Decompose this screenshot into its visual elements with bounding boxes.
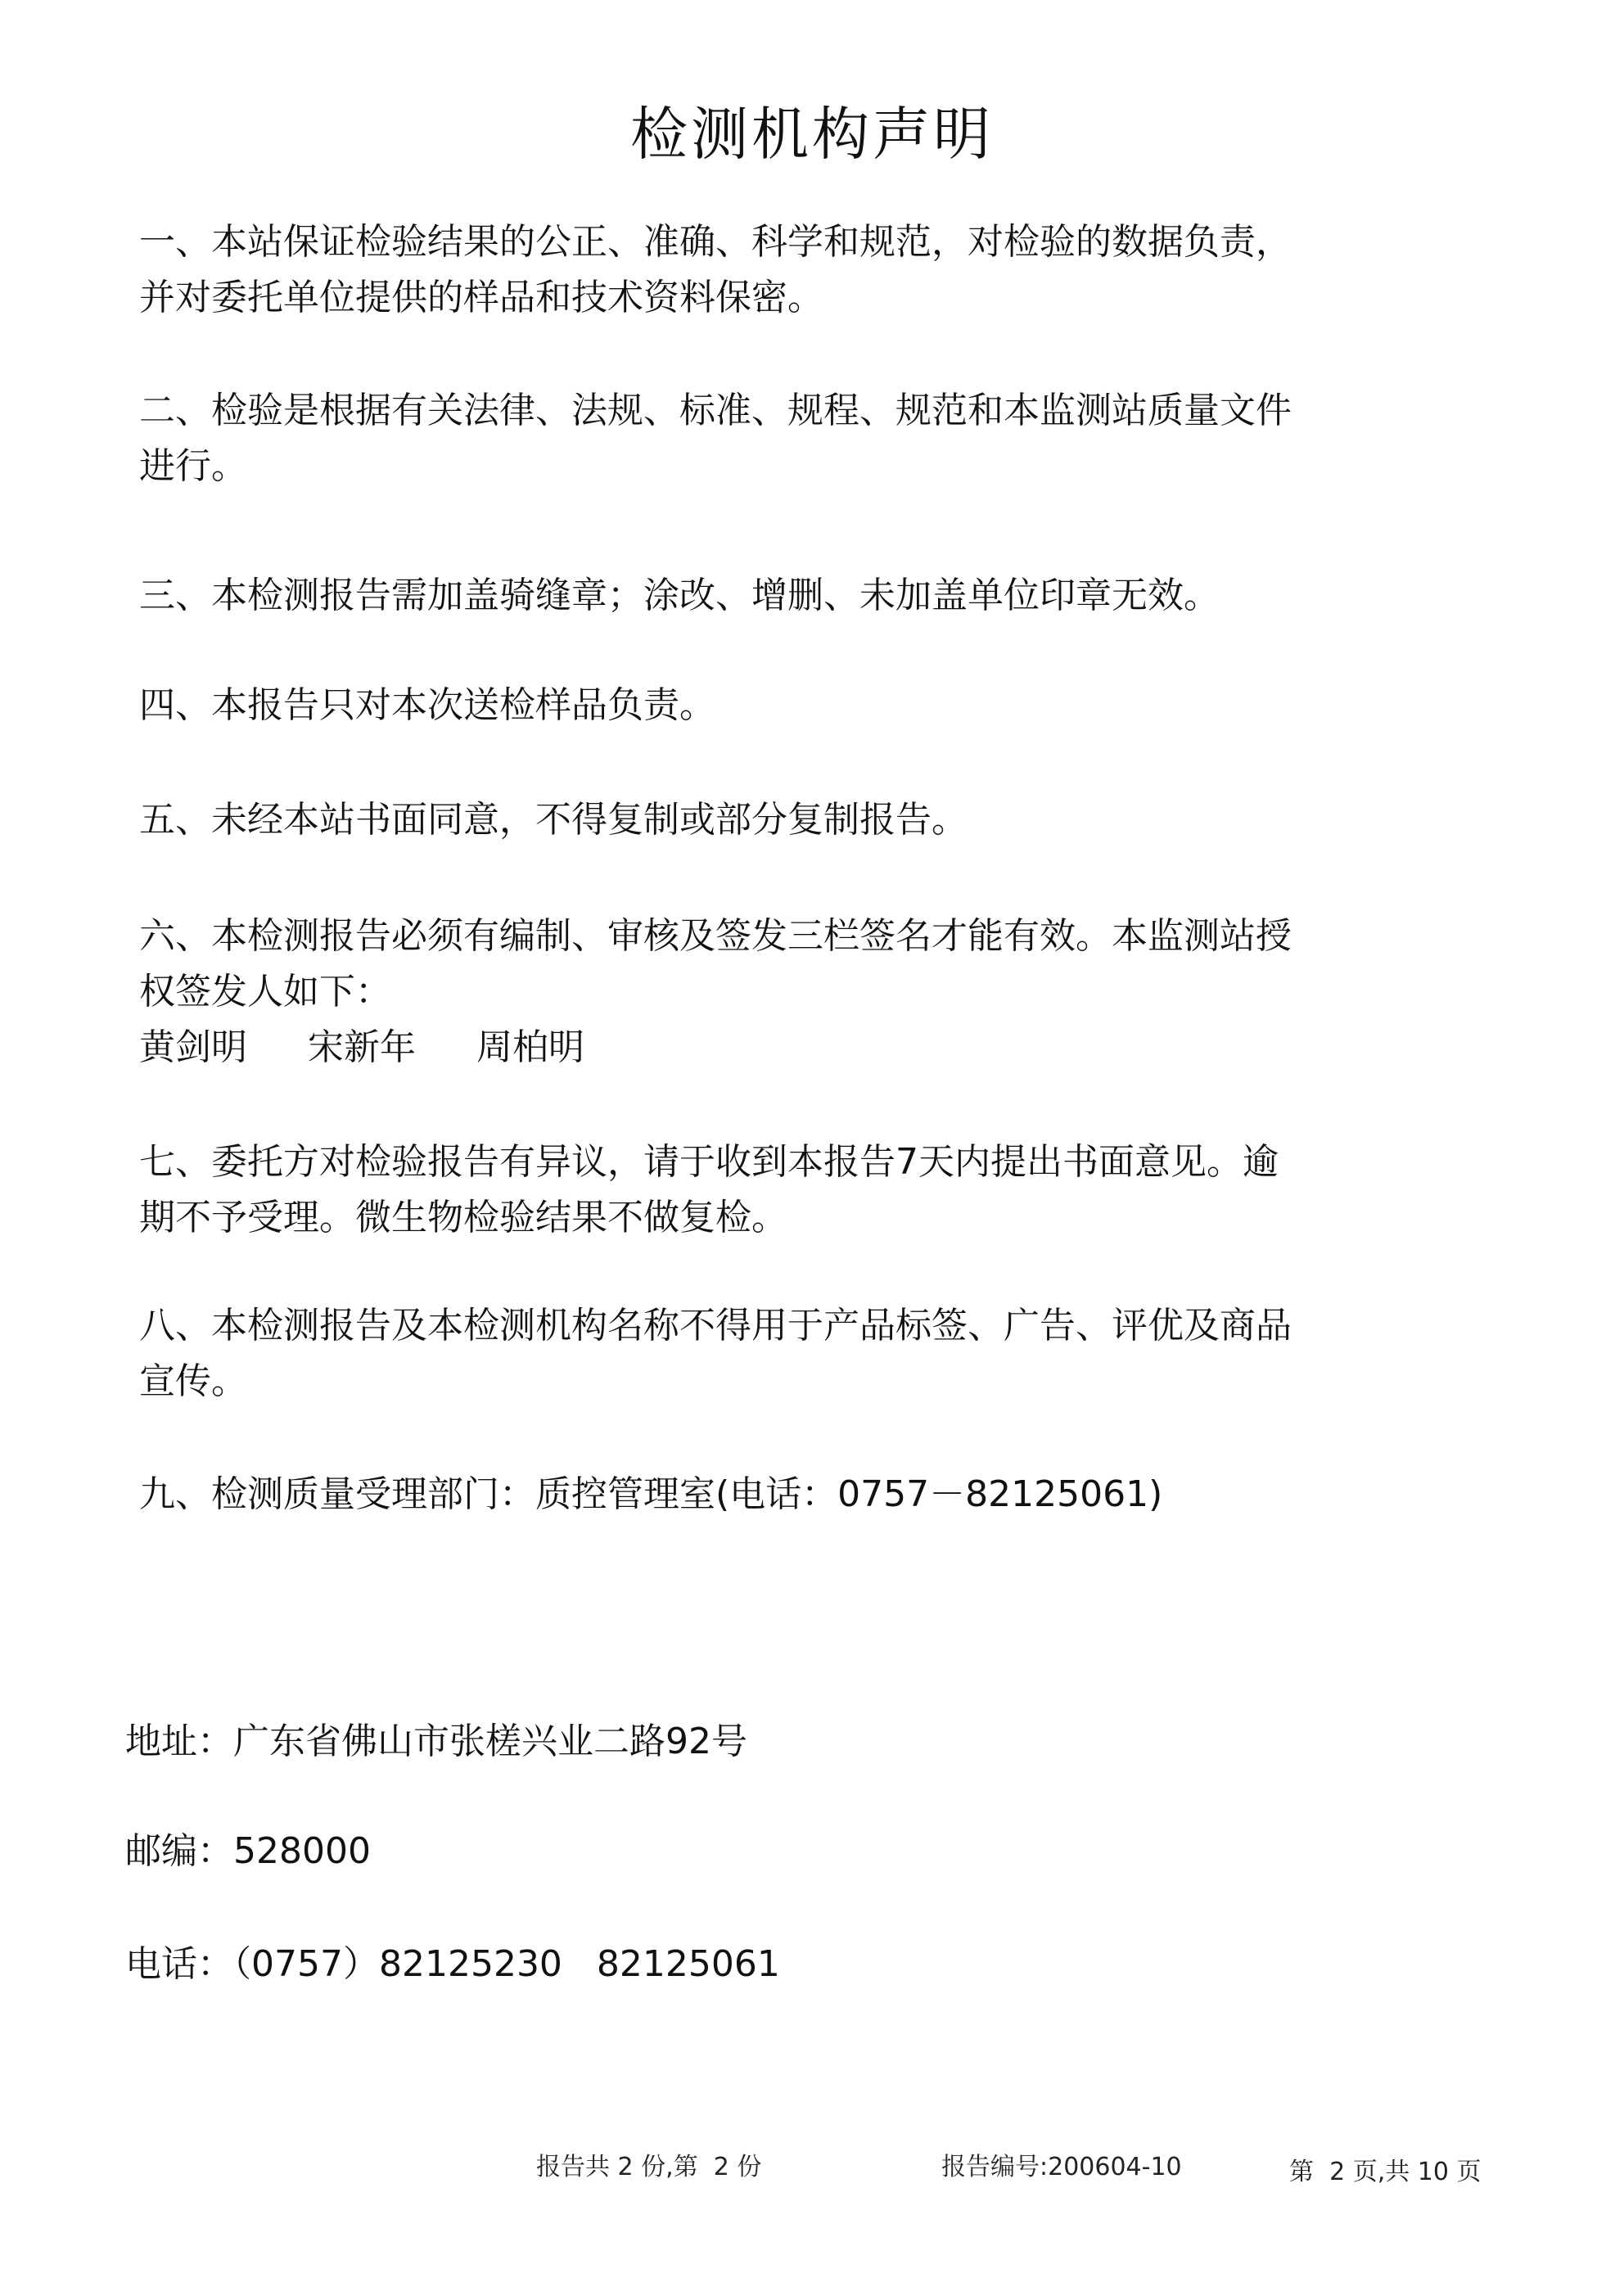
clause-line: 五、未经本站书面同意，不得复制或部分复制报告。 <box>139 792 1342 848</box>
clause-2: 二、检验是根据有关法律、法规、标准、规程、规范和本监测站质量文件 进行。 <box>139 383 1342 494</box>
clause-line: 权签发人如下： <box>139 964 1342 1020</box>
clause-8: 八、本检测报告及本检测机构名称不得用于产品标签、广告、评优及商品 宣传。 <box>139 1298 1342 1410</box>
footer-report-number: 报告编号:200604-10 <box>941 2146 1182 2182</box>
footer-copies: 报告共 2 份,第 2 份 <box>536 2146 761 2182</box>
clause-6: 六、本检测报告必须有编制、审核及签发三栏签名才能有效。本监测站授 权签发人如下：… <box>139 909 1342 1076</box>
signer-name: 黄剑明 <box>139 1020 247 1076</box>
signer-name: 宋新年 <box>308 1020 416 1076</box>
clause-line: 进行。 <box>139 439 1342 494</box>
page-title: 检测机构声明 <box>0 88 1624 171</box>
clause-line: 七、委托方对检验报告有异议，请于收到本报告7天内提出书面意见。逾 <box>139 1134 1342 1190</box>
clause-1: 一、本站保证检验结果的公正、准确、科学和规范，对检验的数据负责， 并对委托单位提… <box>139 214 1342 326</box>
clause-line: 九、检测质量受理部门：质控管理室(电话：0757－82125061) <box>139 1467 1342 1522</box>
clause-5: 五、未经本站书面同意，不得复制或部分复制报告。 <box>139 792 1342 848</box>
clause-7: 七、委托方对检验报告有异议，请于收到本报告7天内提出书面意见。逾 期不予受理。微… <box>139 1134 1342 1246</box>
address: 地址：广东省佛山市张槎兴业二路92号 <box>125 1717 747 1766</box>
clause-line: 六、本检测报告必须有编制、审核及签发三栏签名才能有效。本监测站授 <box>139 909 1342 964</box>
clause-line: 期不予受理。微生物检验结果不做复检。 <box>139 1190 1342 1246</box>
authorized-signers: 黄剑明 宋新年 周柏明 <box>139 1020 1342 1076</box>
clause-4: 四、本报告只对本次送检样品负责。 <box>139 678 1342 733</box>
clause-9: 九、检测质量受理部门：质控管理室(电话：0757－82125061) <box>139 1467 1342 1522</box>
signer-name: 周柏明 <box>476 1020 584 1076</box>
clause-line: 并对委托单位提供的样品和技术资料保密。 <box>139 270 1342 326</box>
postcode: 邮编：528000 <box>125 1827 371 1876</box>
clause-3: 三、本检测报告需加盖骑缝章；涂改、增删、未加盖单位印章无效。 <box>139 568 1342 624</box>
clause-line: 一、本站保证检验结果的公正、准确、科学和规范，对检验的数据负责， <box>139 214 1342 270</box>
clause-line: 宣传。 <box>139 1354 1342 1410</box>
clause-line: 四、本报告只对本次送检样品负责。 <box>139 678 1342 733</box>
phone: 电话：（0757）82125230 82125061 <box>125 1940 780 1989</box>
clause-line: 八、本检测报告及本检测机构名称不得用于产品标签、广告、评优及商品 <box>139 1298 1342 1354</box>
footer-page-number: 第 2 页,共 10 页 <box>1289 2151 1481 2187</box>
clause-line: 三、本检测报告需加盖骑缝章；涂改、增删、未加盖单位印章无效。 <box>139 568 1342 624</box>
clause-line: 二、检验是根据有关法律、法规、标准、规程、规范和本监测站质量文件 <box>139 383 1342 439</box>
